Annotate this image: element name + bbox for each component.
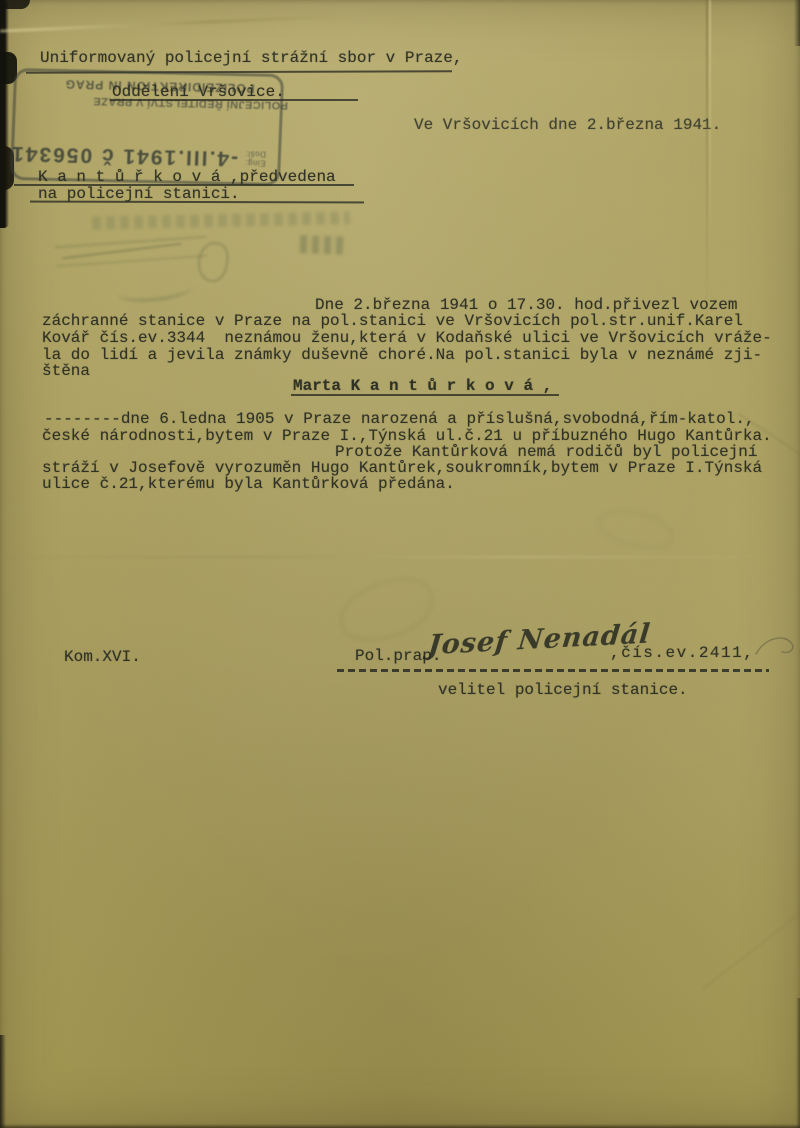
org-line: Uniformovaný policejní strážní sbor v Pr… [40,50,462,66]
scan-edge-left [0,0,9,228]
pencil-loop-mark [195,240,231,284]
dept-underline [110,99,358,101]
stamp-received-labels: Eing: Došl: [245,149,266,167]
body-line: stráží v Josefově vyrozuměn Hugo Kantůre… [42,460,762,476]
body-line: la do lidí a jevila známky duševně choré… [42,347,762,363]
role-line: velitel policejní stanice. [438,682,688,698]
pencil-scribble [62,243,181,260]
body-line: Kovář čís.ev.3344 neznámou ženu,která v … [42,330,772,346]
stamp-date-row: Eing: Došl: -4.III.1941 č 056341 [10,141,267,171]
subject-name-title: Marta K a n t ů r k o v á , [293,378,552,394]
subject-line-1: K a n t ů ř k o v á ,předvedena [38,169,336,185]
bleedthrough-scribble [333,571,440,649]
scan-edge-left-bottom [0,1035,6,1128]
body-line: Protože Kantůrková nemá rodičů byl polic… [335,444,757,460]
paper-fold-line [0,556,800,558]
pencil-curve-mark [117,276,193,305]
body-line: české národnosti,bytem v Praze I.,Týnská… [42,428,772,444]
scan-corner-top-left [0,0,30,9]
name-underline [291,394,559,396]
stamp-date-number: -4.III.1941 č 056341 [10,141,239,170]
scan-corner-top-right [794,0,800,46]
bleedthrough-text-ghost [300,235,349,255]
dept-line: Oddělení Vršovice. [112,84,285,100]
scan-edge-right-bottom [796,998,800,1128]
place-date-line: Ve Vršovicích dne 2.března 1941. [414,117,721,133]
stamp-received-label-2: Došl: [245,149,266,158]
paper-crease [0,14,350,32]
body-line: --------dne 6.ledna 1905 v Praze narozen… [44,411,755,427]
scan-edge-bottom [0,1124,800,1128]
paper-crease-vertical [706,0,708,320]
signature-dashed-rule [337,669,769,672]
subject-line-2: na policejní stanici. [38,186,240,202]
body-line: Dne 2.března 1941 o 17.30. hod.přivezl v… [315,297,737,313]
pencil-scribble [54,236,207,268]
stamp-received-label-1: Eing: [245,158,266,167]
pen-flourish [752,628,800,664]
body-line: ulice č.21,kterému byla Kantůrková předá… [42,476,455,492]
paper-crease [702,902,800,990]
body-line: záchranné stanice v Praze na pol.stanici… [42,313,743,329]
bleedthrough-scribble [596,506,677,553]
commissariat-ref: Kom.XVI. [64,649,141,665]
scanned-police-document: Eing: Došl: -4.III.1941 č 056341 POLICEJ… [0,0,800,1128]
bleedthrough-stamp-ghost [92,211,350,229]
subject-underline-2 [30,201,364,204]
body-line: štěna [42,363,90,379]
